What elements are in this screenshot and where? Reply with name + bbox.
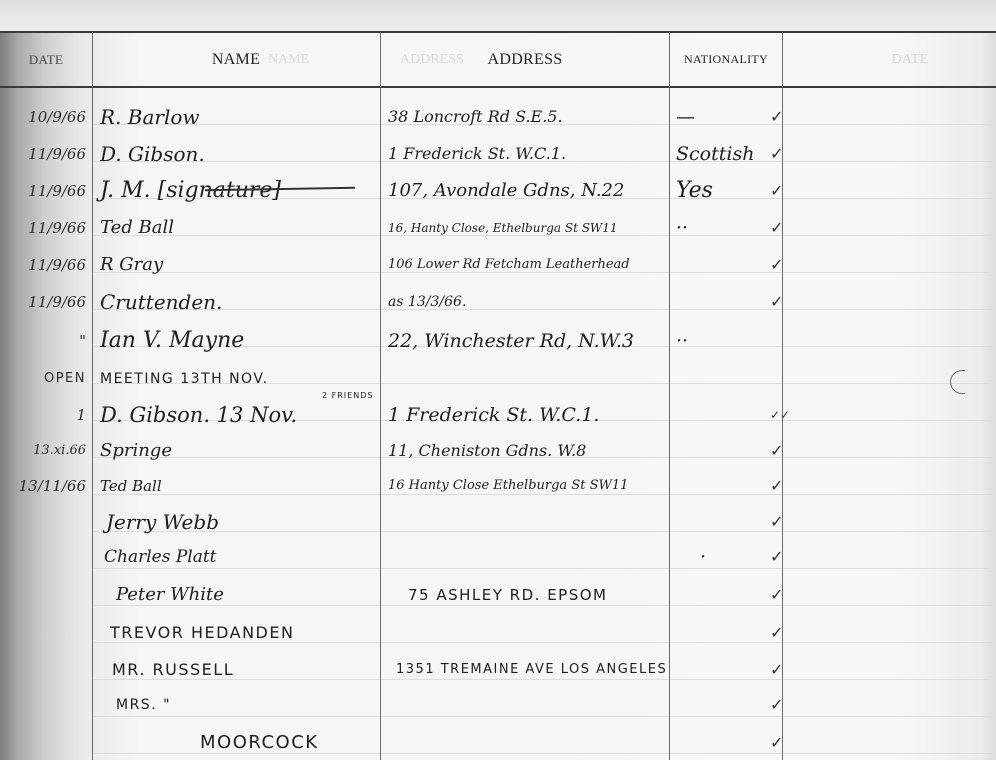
entry-name: Charles Platt — [104, 538, 384, 575]
entry-name: Ted Ball — [100, 467, 380, 504]
check-mark-icon — [770, 360, 786, 397]
entry-name: R. Barlow — [100, 98, 380, 135]
entry-address: 1 Frederick St. W.C.1. — [388, 135, 670, 172]
entry-address: 38 Loncroft Rd S.E.5. — [388, 98, 670, 135]
column-header-address: ADDRESS — [380, 33, 670, 86]
entry-nationality — [676, 614, 766, 651]
entry-address: 107, Avondale Gdns, N.22 — [388, 172, 670, 209]
entry-nationality: ·· — [676, 322, 766, 359]
entry-annotation: 2 FRIENDS — [322, 391, 373, 400]
entry-nationality — [676, 576, 766, 613]
entry-nationality — [676, 360, 766, 397]
entry-date — [6, 686, 92, 723]
ledger-row: Charles Platt · ✓ — [0, 538, 996, 575]
ledger-row: 11/9/66 D. Gibson. 1 Frederick St. W.C.1… — [0, 135, 996, 172]
column-header-nationality: NATIONALITY — [670, 33, 782, 86]
check-mark-icon: ✓ — [770, 576, 786, 613]
entry-date — [6, 651, 92, 688]
check-mark-icon: ✓ — [770, 538, 786, 575]
entry-name: MRS. " — [116, 686, 396, 723]
entry-address: 22, Winchester Rd, N.W.3 — [388, 322, 670, 359]
check-mark-icon: ✓✓ — [770, 396, 780, 433]
entry-name: Springe — [100, 432, 380, 469]
check-mark-icon: ✓ — [770, 209, 786, 246]
entry-nationality: — — [676, 98, 766, 135]
entry-address: 16 Hanty Close Ethelburga St SW11 — [388, 467, 670, 504]
entry-date: 13.xi.66 — [6, 432, 92, 469]
check-mark-icon: ✓ — [770, 246, 786, 283]
ledger-row: 13/11/66 Ted Ball 16 Hanty Close Ethelbu… — [0, 467, 996, 504]
entry-address: as 13/3/66. — [388, 283, 670, 320]
entry-date: 11/9/66 — [6, 172, 92, 209]
entry-date: OPEN — [6, 360, 92, 397]
entry-address: 16, Hanty Close, Ethelburga St SW11 — [388, 209, 670, 246]
entry-address — [388, 614, 670, 651]
entry-date: 11/9/66 — [6, 209, 92, 246]
check-mark-icon: ✓ — [770, 135, 786, 172]
entry-nationality — [676, 283, 766, 320]
header-bottom-rule — [0, 86, 996, 88]
ledger-row: TREVOR HEDANDEN ✓ — [0, 614, 996, 651]
entry-name: Cruttenden. — [100, 283, 380, 320]
entry-address: 1351 TREMAINE AVE LOS ANGELES — [396, 651, 678, 688]
check-mark-icon: ✓ — [770, 283, 786, 320]
check-mark-icon — [770, 322, 786, 359]
entry-nationality — [676, 724, 766, 760]
entry-name: Peter White — [116, 576, 396, 613]
check-mark-icon: ✓ — [770, 503, 786, 540]
check-mark-icon: ✓ — [770, 172, 786, 209]
ledger-row: 10/9/66 R. Barlow 38 Loncroft Rd S.E.5. … — [0, 98, 996, 135]
entry-address: 11, Cheniston Gdns. W.8 — [388, 432, 670, 469]
column-header-date: DATE — [0, 33, 92, 86]
entry-date — [6, 724, 92, 760]
entry-date: 11/9/66 — [6, 135, 92, 172]
entry-name: TREVOR HEDANDEN — [110, 614, 390, 651]
entry-name: R Gray — [100, 246, 380, 283]
entry-nationality: Yes — [676, 172, 766, 209]
entry-address — [388, 724, 670, 760]
entry-name: Ted Ball — [100, 209, 380, 246]
ledger-row: OPEN MEETING 13TH NOV. — [0, 360, 996, 397]
ledger-row: Peter White 75 ASHLEY RD. EPSOM ✓ — [0, 576, 996, 613]
check-mark-icon: ✓ — [770, 651, 786, 688]
entry-name: Ian V. Mayne — [100, 322, 380, 359]
entry-date — [6, 576, 92, 613]
page-top-margin — [0, 0, 996, 32]
ledger-row: MRS. " ✓ — [0, 686, 996, 723]
entry-name: MR. RUSSELL — [112, 651, 392, 688]
entry-date — [6, 538, 92, 575]
entry-nationality — [676, 686, 766, 723]
entry-date: 11/9/66 — [6, 283, 92, 320]
entry-address — [388, 503, 670, 540]
bleed-through-date-header: DATE — [850, 33, 970, 86]
entry-address — [388, 360, 670, 397]
ledger-row: MR. RUSSELL 1351 TREMAINE AVE LOS ANGELE… — [0, 651, 996, 688]
ledger-row: MOORCOCK ✓ — [0, 724, 996, 760]
entry-date: " — [6, 322, 92, 359]
check-mark-icon: ✓ — [770, 686, 786, 723]
entry-address: 106 Lower Rd Fetcham Leatherhead — [388, 246, 670, 283]
ledger-page: NAME ADDRESS DATE NAME ADDRESS NATIONALI… — [0, 0, 996, 760]
entry-address — [388, 538, 670, 575]
ledger-row: 13.xi.66 Springe 11, Cheniston Gdns. W.8… — [0, 432, 996, 469]
check-mark-icon: ✓ — [770, 98, 786, 135]
ledger-row: 1 D. Gibson. 13 Nov. 2 FRIENDS 1 Frederi… — [0, 396, 996, 433]
entry-address: 1 Frederick St. W.C.1. — [388, 396, 670, 433]
ledger-row: " Ian V. Mayne 22, Winchester Rd, N.W.3 … — [0, 322, 996, 359]
ledger-row: 11/9/66 J. M. [signature] 107, Avondale … — [0, 172, 996, 209]
entry-name: D. Gibson. 13 Nov. — [100, 396, 380, 433]
entry-nationality — [676, 432, 766, 469]
entry-nationality — [676, 396, 766, 433]
entry-date: 1 — [6, 396, 92, 433]
check-mark-icon: ✓ — [770, 614, 786, 651]
entry-nationality: ·· — [676, 209, 766, 246]
ledger-row: Jerry Webb ✓ — [0, 503, 996, 540]
entry-date — [6, 614, 92, 651]
column-header-name: NAME — [92, 33, 380, 86]
entry-nationality — [676, 467, 766, 504]
entry-date — [6, 503, 92, 540]
entry-nationality — [676, 246, 766, 283]
entry-nationality — [676, 503, 766, 540]
check-mark-icon: ✓ — [770, 724, 786, 760]
check-mark-icon: ✓ — [770, 467, 786, 504]
entry-nationality: Scottish — [676, 135, 766, 172]
entry-address — [388, 686, 670, 723]
entry-date: 10/9/66 — [6, 98, 92, 135]
ledger-row: 11/9/66 Ted Ball 16, Hanty Close, Ethelb… — [0, 209, 996, 246]
entry-name: D. Gibson. — [100, 135, 380, 172]
ledger-row: 11/9/66 Cruttenden. as 13/3/66. ✓ — [0, 283, 996, 320]
entry-nationality — [676, 651, 766, 688]
entry-name: Jerry Webb — [106, 503, 386, 540]
check-mark-icon: ✓ — [770, 432, 786, 469]
entry-address: 75 ASHLEY RD. EPSOM — [408, 576, 690, 613]
ledger-row: 11/9/66 R Gray 106 Lower Rd Fetcham Leat… — [0, 246, 996, 283]
entry-date: 13/11/66 — [6, 467, 92, 504]
entry-date: 11/9/66 — [6, 246, 92, 283]
